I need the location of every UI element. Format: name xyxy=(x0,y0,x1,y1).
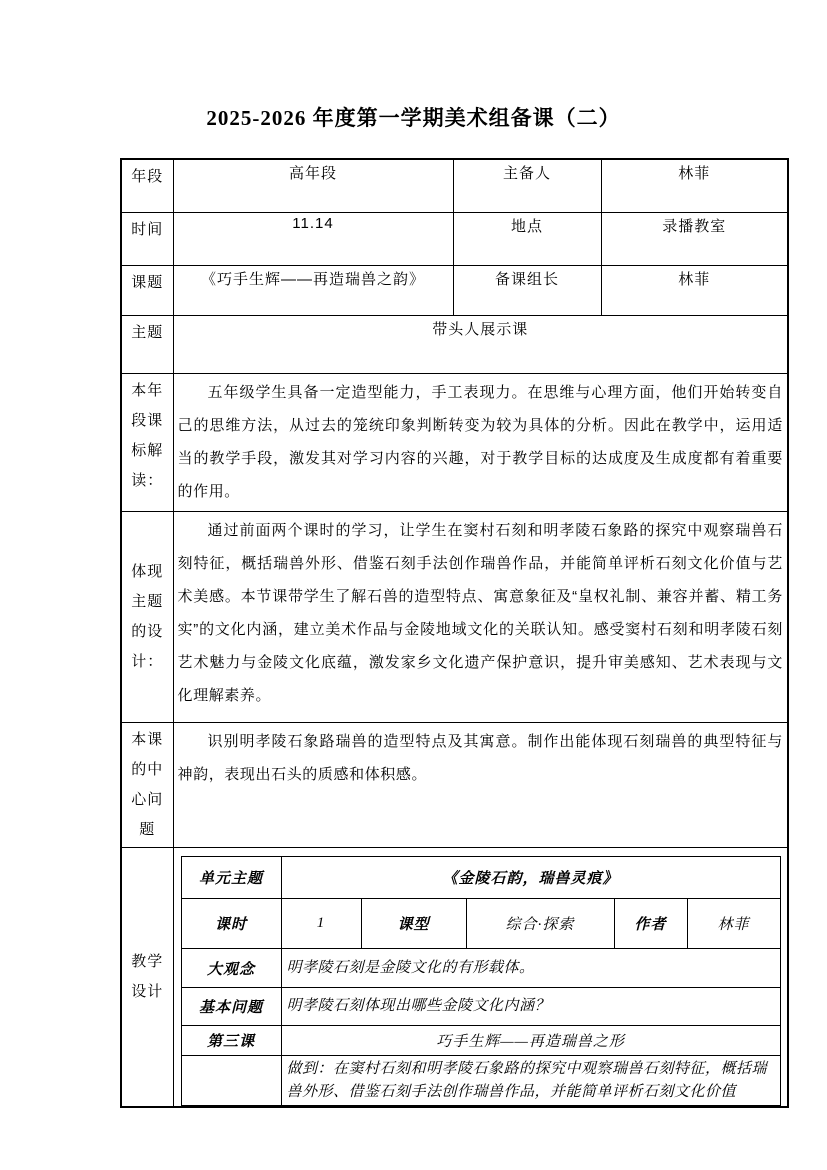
table-row: 体现主题的设计： 通过前面两个课时的学习，让学生在窦村石刻和明孝陵石象路的探究中… xyxy=(121,512,788,723)
course-type-value: 综合·探索 xyxy=(466,899,614,949)
table-row: 课题 《巧手生辉——再造瑞兽之韵》 备课组长 林菲 xyxy=(121,266,788,316)
period-value: 1 xyxy=(281,899,361,949)
main-preparer-value: 林菲 xyxy=(601,159,788,213)
theme-design-text: 通过前面两个课时的学习，让学生在窦村石刻和明孝陵石象路的探究中观察瑞兽石刻特征，… xyxy=(173,512,788,723)
document-page: 2025-2026 年度第一学期美术组备课（二） 年段 高年段 主备人 林菲 时… xyxy=(0,0,827,1170)
unit-theme-value: 《金陵石韵，瑞兽灵痕》 xyxy=(281,857,780,899)
teaching-design-cell: 单元主题 《金陵石韵，瑞兽灵痕》 课时 1 课型 综合·探索 作者 林菲 大观念… xyxy=(173,848,788,1108)
table-row: 本课的中心问题 识别明孝陵石象路瑞兽的造型特点及其寓意。制作出能体现石刻瑞兽的典… xyxy=(121,723,788,848)
lesson-three-value: 巧手生辉——再造瑞兽之形 xyxy=(281,1026,780,1056)
unit-theme-label: 单元主题 xyxy=(181,857,281,899)
location-value: 录播教室 xyxy=(601,213,788,266)
table-row: 第三课 巧手生辉——再造瑞兽之形 xyxy=(181,1026,780,1056)
standard-interpretation-text: 五年级学生具备一定造型能力，手工表现力。在思维与心理方面，他们开始转变自己的思维… xyxy=(173,374,788,512)
grade-value: 高年段 xyxy=(173,159,453,213)
central-question-text: 识别明孝陵石象路瑞兽的造型特点及其寓意。制作出能体现石刻瑞兽的典型特征与神韵，表… xyxy=(173,723,788,848)
course-type-label: 课型 xyxy=(361,899,466,949)
lesson-design-table: 单元主题 《金陵石韵，瑞兽灵痕》 课时 1 课型 综合·探索 作者 林菲 大观念… xyxy=(181,856,781,1106)
table-row: 基本问题 明孝陵石刻体现出哪些金陵文化内涵？ xyxy=(181,988,780,1026)
basic-question-label: 基本问题 xyxy=(181,988,281,1026)
table-row: 主题 带头人展示课 xyxy=(121,316,788,374)
grade-label: 年段 xyxy=(121,159,173,213)
basic-question-value: 明孝陵石刻体现出哪些金陵文化内涵？ xyxy=(281,988,780,1026)
table-row: 课时 1 课型 综合·探索 作者 林菲 xyxy=(181,899,780,949)
table-row: 做到：在窦村石刻和明孝陵石象路的探究中观察瑞兽石刻特征，概括瑞兽外形、借鉴石刻手… xyxy=(181,1056,780,1106)
main-preparer-label: 主备人 xyxy=(453,159,601,213)
standard-interpretation-label: 本年段课标解读： xyxy=(121,374,173,512)
period-label: 课时 xyxy=(181,899,281,949)
page-title: 2025-2026 年度第一学期美术组备课（二） xyxy=(0,0,827,132)
table-row: 教学设计 单元主题 《金陵石韵，瑞兽灵痕》 课时 1 课型 xyxy=(121,848,788,1108)
lesson-goal-label xyxy=(181,1056,281,1106)
lesson-prep-table: 年段 高年段 主备人 林菲 时间 11.14 地点 录播教室 课题 《巧手生辉—… xyxy=(120,158,789,1108)
location-label: 地点 xyxy=(453,213,601,266)
big-concept-value: 明孝陵石刻是金陵文化的有形载体。 xyxy=(281,949,780,988)
table-row: 单元主题 《金陵石韵，瑞兽灵痕》 xyxy=(181,857,780,899)
author-label: 作者 xyxy=(614,899,687,949)
teaching-design-label: 教学设计 xyxy=(121,848,173,1108)
group-leader-value: 林菲 xyxy=(601,266,788,316)
topic-value: 《巧手生辉——再造瑞兽之韵》 xyxy=(173,266,453,316)
table-row: 大观念 明孝陵石刻是金陵文化的有形载体。 xyxy=(181,949,780,988)
time-label: 时间 xyxy=(121,213,173,266)
group-leader-label: 备课组长 xyxy=(453,266,601,316)
theme-label: 主题 xyxy=(121,316,173,374)
topic-label: 课题 xyxy=(121,266,173,316)
theme-value: 带头人展示课 xyxy=(173,316,788,374)
lesson-goal-value: 做到：在窦村石刻和明孝陵石象路的探究中观察瑞兽石刻特征，概括瑞兽外形、借鉴石刻手… xyxy=(281,1056,780,1106)
table-row: 本年段课标解读： 五年级学生具备一定造型能力，手工表现力。在思维与心理方面，他们… xyxy=(121,374,788,512)
theme-design-label: 体现主题的设计： xyxy=(121,512,173,723)
author-value: 林菲 xyxy=(687,899,780,949)
central-question-label: 本课的中心问题 xyxy=(121,723,173,848)
time-value: 11.14 xyxy=(173,213,453,266)
big-concept-label: 大观念 xyxy=(181,949,281,988)
table-row: 年段 高年段 主备人 林菲 xyxy=(121,159,788,213)
table-row: 时间 11.14 地点 录播教室 xyxy=(121,213,788,266)
lesson-three-label: 第三课 xyxy=(181,1026,281,1056)
